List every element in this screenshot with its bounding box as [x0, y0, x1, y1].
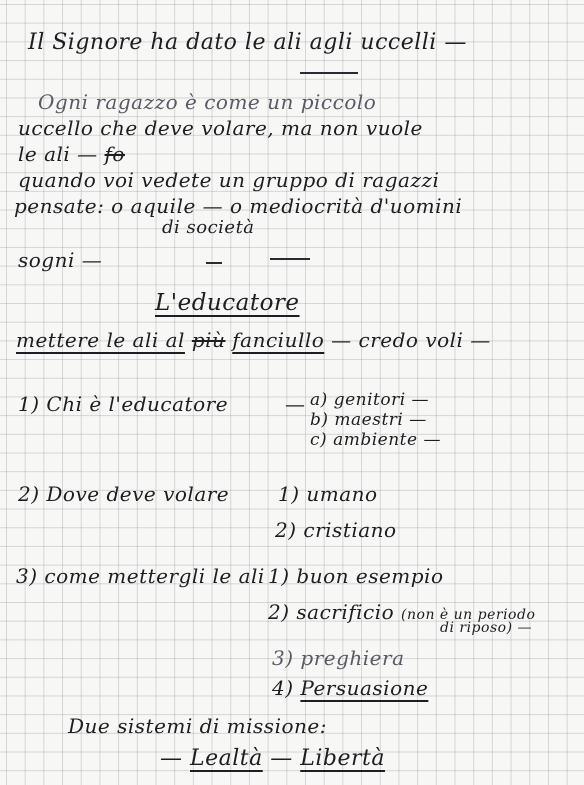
point-question: come mettergli le ali	[44, 564, 264, 588]
dash-mark	[206, 262, 222, 264]
dash: —	[270, 746, 293, 771]
point-number: 3)	[16, 564, 38, 588]
point-1-separator: —	[285, 392, 306, 416]
thesis-part-2: fanciullo	[232, 328, 324, 352]
answer-1b: b) maestri —	[310, 410, 427, 430]
value-word: Libertà	[300, 746, 385, 771]
answer-label: 2)	[268, 600, 290, 624]
answer-text: cristiano	[303, 518, 396, 542]
point-number: 2)	[18, 482, 40, 506]
answer-2-2: 2) cristiano	[275, 518, 397, 542]
answer-text: ambiente —	[333, 430, 441, 450]
intro-line-6: di società	[162, 217, 255, 238]
answer-3-4: 4) Persuasione	[272, 676, 428, 700]
point-3-question: 3) come mettergli le ali	[16, 564, 265, 588]
value-word: Lealtà	[190, 746, 263, 771]
thesis-part-3: — credo voli —	[331, 328, 491, 352]
answer-text: buon esempio	[296, 564, 443, 588]
struck-word: fo	[105, 142, 125, 166]
answer-text: preghiera	[300, 646, 404, 670]
intro-line-1: Ogni ragazzo è come un piccolo	[38, 90, 376, 114]
intro-line-3: le ali — fo	[18, 142, 125, 166]
answer-label: b)	[310, 410, 329, 430]
thesis-part-1: mettere le ali al	[16, 328, 185, 352]
dash-mark	[270, 258, 310, 260]
answer-2-1: 1) umano	[278, 482, 378, 506]
point-number: 1)	[18, 392, 40, 416]
answer-text: maestri —	[334, 410, 426, 430]
answer-3-1: 1) buon esempio	[268, 564, 444, 588]
dash: —	[160, 746, 183, 771]
answer-label: 1)	[268, 564, 290, 588]
point-1-question: 1) Chi è l'educatore	[18, 392, 228, 416]
point-question: Chi è l'educatore	[46, 392, 228, 416]
answer-label: a)	[310, 390, 328, 410]
answer-1c: c) ambiente —	[310, 430, 441, 450]
intro-line-4: quando voi vedete un gruppo di ragazzi	[18, 168, 439, 192]
notebook-page: Il Signore ha dato le ali agli uccelli —…	[0, 0, 584, 785]
point-question: Dove deve volare	[46, 482, 229, 506]
title-underline-mark	[300, 72, 358, 74]
point-2-question: 2) Dove deve volare	[18, 482, 229, 506]
answer-3-3: 3) preghiera	[272, 646, 405, 670]
section-heading: L'educatore	[155, 290, 300, 316]
intro-line-3-text: le ali —	[18, 142, 98, 166]
answer-1a: a) genitori —	[310, 390, 429, 410]
answer-label: 4)	[272, 676, 294, 700]
answer-text: Persuasione	[300, 676, 428, 700]
closing-line: Due sistemi di missione:	[68, 714, 327, 738]
closing-values: — Lealtà — Libertà	[160, 746, 385, 771]
struck-word: più	[192, 328, 226, 352]
trail-dash: —	[517, 620, 532, 636]
intro-line-2: uccello che deve volare, ma non vuole	[18, 116, 423, 140]
intro-line-7: sogni —	[18, 248, 102, 272]
answer-label: c)	[310, 430, 327, 450]
intro-line-5: pensate: o aquile — o mediocrità d'uomin…	[14, 194, 462, 218]
page-title: Il Signore ha dato le ali agli uccelli —	[28, 30, 467, 55]
title-text: Il Signore ha dato le ali agli uccelli —	[28, 30, 467, 55]
answer-3-2-note-cont: di riposo) —	[440, 620, 532, 636]
answer-text: sacrificio	[296, 600, 394, 624]
thesis-line: mettere le ali al più fanciullo — credo …	[16, 328, 491, 352]
answer-label: 2)	[275, 518, 297, 542]
answer-text: genitori —	[334, 390, 429, 410]
answer-label: 1)	[278, 482, 300, 506]
answer-text: umano	[306, 482, 377, 506]
answer-label: 3)	[272, 646, 294, 670]
answer-note: di riposo)	[440, 620, 513, 636]
